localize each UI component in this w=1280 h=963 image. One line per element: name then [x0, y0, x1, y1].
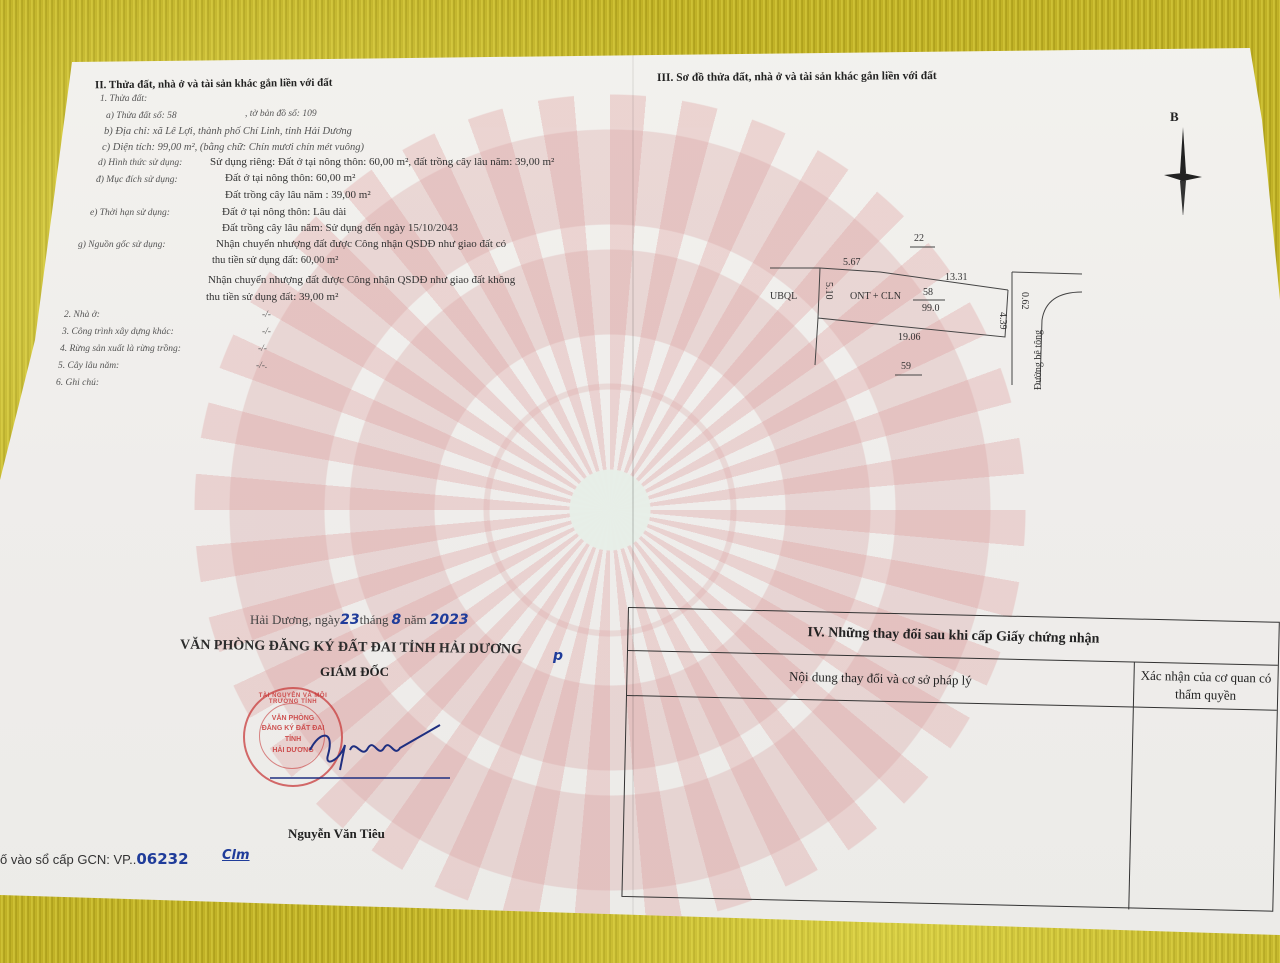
origin-label: g) Nguồn gốc sử dụng:	[78, 240, 166, 250]
col-authority-confirmation: Xác nhận của cơ quan có thẩm quyền	[1134, 663, 1278, 710]
purpose-label: đ) Mục đích sử dụng:	[96, 175, 178, 185]
use-form-value: Sử dụng riêng: Đất ở tại nông thôn: 60,0…	[210, 156, 554, 168]
date-day: 23	[340, 612, 359, 628]
place-date-prefix: Hải Dương, ngày	[250, 612, 340, 627]
date-year: 2023	[430, 612, 469, 628]
stamp-ring-text: TÀI NGUYÊN VÀ MÔI TRƯỜNG TỈNH	[245, 693, 341, 705]
item-house-value: -/-	[262, 310, 271, 320]
authority-confirmation-cell	[1129, 708, 1277, 913]
address: b) Địa chỉ: xã Lê Lợi, thành phố Chí Lin…	[104, 126, 352, 137]
item-perennial-label: 5. Cây lâu năm:	[58, 361, 119, 371]
item-forest-label: 4. Rừng sản xuất là rừng trồng:	[60, 344, 181, 354]
land-heading: 1. Thửa đất:	[100, 94, 147, 104]
parcel-area-label: 99.0	[922, 303, 940, 314]
item-construction-value: -/-	[262, 327, 271, 337]
item-forest-value: -/-	[258, 344, 267, 354]
parcel-number-label: 58	[923, 287, 933, 298]
section-2-title: II. Thửa đất, nhà ở và tài sản khác gắn …	[95, 77, 333, 91]
item-notes-label: 6. Ghi chú:	[56, 378, 99, 388]
gcn-number: 06232	[136, 850, 188, 868]
term-label: e) Thời hạn sử dụng:	[90, 208, 170, 218]
signer-name: Nguyễn Văn Tiêu	[288, 826, 385, 842]
changes-table: IV. Những thay đổi sau khi cấp Giấy chứn…	[621, 607, 1279, 912]
edge-left: 5.10	[823, 282, 834, 300]
use-form-label: d) Hình thức sử dụng:	[98, 158, 182, 168]
item-perennial-value: -/-.	[256, 361, 267, 371]
neighbor-left: UBQL	[770, 291, 797, 302]
gcn-label: ố vào sổ cấp GCN: VP..	[0, 852, 136, 867]
month-prefix: tháng	[360, 612, 389, 627]
edge-bottom: 19.06	[898, 332, 921, 343]
neighbor-bottom: 59	[901, 361, 911, 372]
north-arrow-icon	[1158, 105, 1208, 215]
origin-line: thu tiền sử dụng đất: 39,00 m²	[206, 291, 338, 303]
term-line: Đất ở tại nông thôn: Lâu dài	[222, 206, 346, 218]
item-construction-label: 3. Công trình xây dựng khác:	[62, 327, 174, 337]
origin-line: Nhận chuyển nhượng đất được Công nhận QS…	[208, 274, 515, 286]
origin-line: thu tiền sử dụng đất: 60,00 m²	[212, 255, 338, 266]
parcel-diagram: 22 5.67 13.31 UBQL 5.10 ONT + CLN 58 99.…	[750, 220, 1090, 400]
road-label: Đường bê tông	[1033, 330, 1044, 390]
area: c) Diện tích: 99,00 m², (bằng chữ: Chín …	[102, 142, 364, 153]
certificate-paper: II. Thửa đất, nhà ở và tài sản khác gắn …	[0, 0, 1280, 963]
parcel-number: a) Thửa đất số: 58	[106, 111, 177, 121]
origin-line: Nhận chuyển nhượng đất được Công nhận QS…	[216, 238, 506, 250]
gcn-register: ố vào sổ cấp GCN: VP..06232	[0, 850, 189, 868]
year-prefix: năm	[404, 612, 426, 627]
purpose-line: Đất ở tại nông thôn: 60,00 m²	[225, 172, 355, 184]
edge-road-side: 0.62	[1019, 292, 1030, 310]
director-title: GIÁM ĐỐC	[320, 664, 389, 680]
item-house-label: 2. Nhà ở:	[64, 310, 100, 320]
signature	[250, 720, 470, 780]
section-3-title: III. Sơ đồ thửa đất, nhà ở và tài sản kh…	[657, 70, 937, 84]
change-content-cell	[622, 696, 1133, 909]
initial-mark: p	[553, 648, 563, 664]
purpose-line: Đất trồng cây lâu năm : 39,00 m²	[225, 189, 371, 201]
gcn-initial: Clm	[222, 848, 250, 863]
neighbor-top: 22	[914, 233, 924, 244]
map-sheet-number: , tờ bản đồ số: 109	[245, 109, 317, 119]
place-date: Hải Dương, ngày23tháng8năm2023	[250, 612, 469, 628]
edge-right: 4.39	[997, 312, 1008, 330]
edge-top-right: 13.31	[945, 272, 968, 283]
term-line: Đất trồng cây lâu năm: Sử dụng đến ngày …	[222, 222, 458, 234]
date-month: 8	[391, 612, 401, 628]
edge-top-left: 5.67	[843, 257, 861, 268]
land-use-code: ONT + CLN	[850, 291, 901, 302]
issuing-office: VĂN PHÒNG ĐĂNG KÝ ĐẤT ĐAI TỈNH HẢI DƯƠNG	[180, 638, 522, 659]
